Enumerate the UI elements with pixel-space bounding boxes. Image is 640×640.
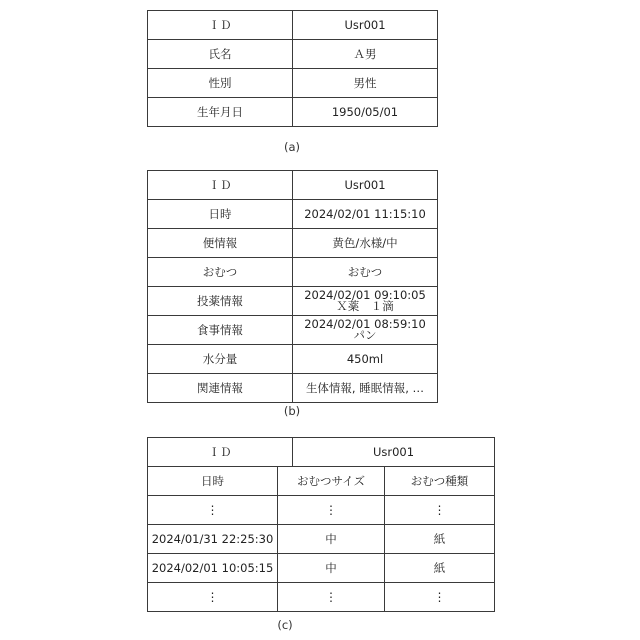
row-value: 男性 [293, 69, 438, 98]
table-row: おむつ おむつ [148, 258, 438, 287]
table-row: ⋮ ⋮ ⋮ [148, 496, 495, 525]
table-row: 食事情報 2024/02/01 08:59:10 パン [148, 316, 438, 345]
ellipsis-cell: ⋮ [278, 496, 385, 525]
ellipsis-cell: ⋮ [385, 496, 495, 525]
caption-b: (b) [272, 404, 312, 418]
row-value: おむつ [293, 258, 438, 287]
user-profile-table: ＩＤ Usr001 氏名 Ａ男 性別 男性 生年月日 1950/05/01 [147, 10, 438, 127]
row-value: Usr001 [293, 11, 438, 40]
column-header-datetime: 日時 [148, 467, 278, 496]
table-row: ⋮ ⋮ ⋮ [148, 583, 495, 612]
table-row: 性別 男性 [148, 69, 438, 98]
diaper-type-cell: 紙 [385, 525, 495, 554]
row-label: 便情報 [148, 229, 293, 258]
table-row: 2024/01/31 22:25:30 中 紙 [148, 525, 495, 554]
medication-detail: Ｘ薬 １滴 [293, 301, 437, 312]
table-row: 投薬情報 2024/02/01 09:10:05 Ｘ薬 １滴 [148, 287, 438, 316]
table-row: 2024/02/01 10:05:15 中 紙 [148, 554, 495, 583]
diaper-type-cell: 紙 [385, 554, 495, 583]
table-row: 便情報 黄色/水様/中 [148, 229, 438, 258]
row-value: 黄色/水様/中 [293, 229, 438, 258]
row-label: 性別 [148, 69, 293, 98]
ellipsis-cell: ⋮ [148, 496, 278, 525]
row-value: 2024/02/01 11:15:10 [293, 200, 438, 229]
ellipsis-cell: ⋮ [278, 583, 385, 612]
row-label: 氏名 [148, 40, 293, 69]
column-header-diaper-size: おむつサイズ [278, 467, 385, 496]
table-row: 水分量 450ml [148, 345, 438, 374]
excretion-record-table: ＩＤ Usr001 日時 2024/02/01 11:15:10 便情報 黄色/… [147, 170, 438, 403]
ellipsis-cell: ⋮ [148, 583, 278, 612]
diaper-size-cell: 中 [278, 554, 385, 583]
row-label: 食事情報 [148, 316, 293, 345]
table-row: 氏名 Ａ男 [148, 40, 438, 69]
meal-detail: パン [293, 330, 437, 341]
diaper-size-cell: 中 [278, 525, 385, 554]
row-label: 水分量 [148, 345, 293, 374]
row-label: 関連情報 [148, 374, 293, 403]
table-header-row: 日時 おむつサイズ おむつ種類 [148, 467, 495, 496]
row-label: 生年月日 [148, 98, 293, 127]
table-row: 関連情報 生体情報, 睡眠情報, … [148, 374, 438, 403]
datetime-cell: 2024/01/31 22:25:30 [148, 525, 278, 554]
row-label: おむつ [148, 258, 293, 287]
caption-a: (a) [272, 140, 312, 154]
id-value: Usr001 [293, 438, 495, 467]
row-label: 日時 [148, 200, 293, 229]
table-row: 生年月日 1950/05/01 [148, 98, 438, 127]
id-label: ＩＤ [148, 438, 293, 467]
ellipsis-cell: ⋮ [385, 583, 495, 612]
row-value: 1950/05/01 [293, 98, 438, 127]
diaper-history-table: ＩＤ Usr001 日時 おむつサイズ おむつ種類 ⋮ ⋮ ⋮ 2024/01/… [147, 437, 495, 612]
row-value: Usr001 [293, 171, 438, 200]
row-value: 生体情報, 睡眠情報, … [293, 374, 438, 403]
table-row: ＩＤ Usr001 [148, 171, 438, 200]
row-value: 2024/02/01 08:59:10 パン [293, 316, 438, 345]
datetime-cell: 2024/02/01 10:05:15 [148, 554, 278, 583]
table-row: ＩＤ Usr001 [148, 438, 495, 467]
table-row: 日時 2024/02/01 11:15:10 [148, 200, 438, 229]
row-label: ＩＤ [148, 171, 293, 200]
row-value: 450ml [293, 345, 438, 374]
row-label: ＩＤ [148, 11, 293, 40]
row-value: 2024/02/01 09:10:05 Ｘ薬 １滴 [293, 287, 438, 316]
row-label: 投薬情報 [148, 287, 293, 316]
column-header-diaper-type: おむつ種類 [385, 467, 495, 496]
caption-c: (c) [265, 618, 305, 632]
table-row: ＩＤ Usr001 [148, 11, 438, 40]
row-value: Ａ男 [293, 40, 438, 69]
